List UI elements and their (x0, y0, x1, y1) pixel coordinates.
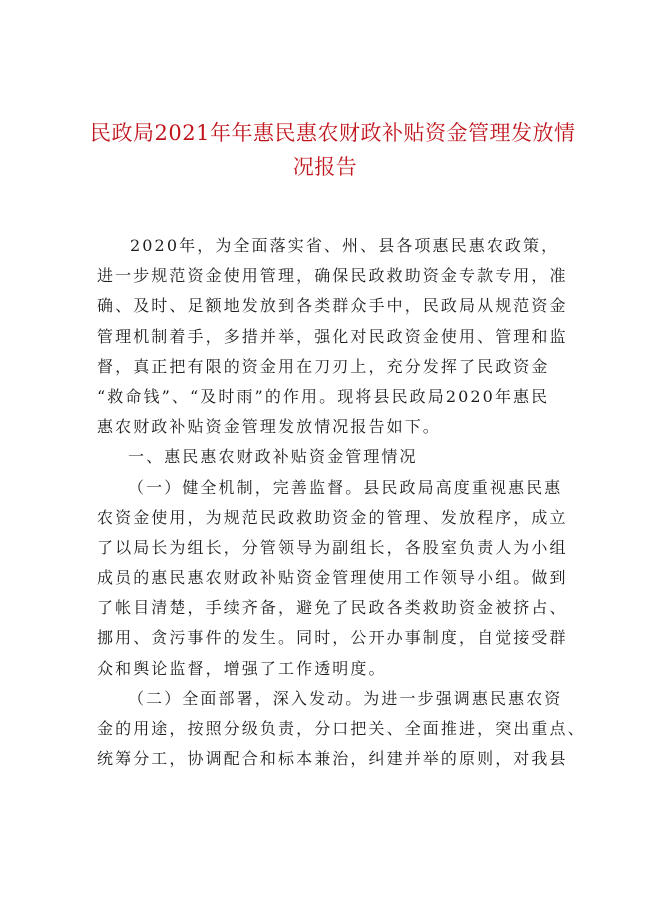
title-line-2: 况报告 (90, 150, 560, 184)
document-body: 2020年，为全面落实省、州、县各项惠民惠农政策， 进一步规范资金使用管理，确保… (97, 231, 555, 774)
text-line: 金的用途，按照分级负责，分口把关、全面推进，突出重点、 (97, 714, 555, 744)
text-line: 挪用、贪污事件的发生。同时，公开办事制度，自觉接受群 (97, 623, 555, 653)
section-1-heading: 一、惠民惠农财政补贴资金管理情况 (97, 442, 555, 472)
paragraph-subsection-2: （二）全面部署，深入发动。为进一步强调惠民惠农资 金的用途，按照分级负责，分口把… (97, 684, 555, 775)
paragraph-intro: 2020年，为全面落实省、州、县各项惠民惠农政策， 进一步规范资金使用管理，确保… (97, 231, 555, 442)
paragraph-subsection-1: （一）健全机制，完善监督。县民政局高度重视惠民惠 农资金使用，为规范民政救助资金… (97, 473, 555, 684)
text-line: 惠农财政补贴资金管理发放情况报告如下。 (97, 412, 555, 442)
text-line: （一）健全机制，完善监督。县民政局高度重视惠民惠 (97, 473, 555, 503)
document-page: 民政局2021年年惠民惠农财政补贴资金管理发放情 况报告 2020年，为全面落实… (0, 0, 650, 920)
text-line: 统筹分工，协调配合和标本兼治，纠建并举的原则，对我县 (97, 744, 555, 774)
text-line: 确、及时、足额地发放到各类群众手中，民政局从规范资金 (97, 291, 555, 321)
text-line: 农资金使用，为规范民政救助资金的管理、发放程序，成立 (97, 503, 555, 533)
text-line: “救命钱”、“及时雨”的作用。现将县民政局2020年惠民 (97, 382, 555, 412)
text-line: 了帐目清楚，手续齐备，避免了民政各类救助资金被挤占、 (97, 593, 555, 623)
text-line: 成员的惠民惠农财政补贴资金管理使用工作领导小组。做到 (97, 563, 555, 593)
text-line: 管理机制着手，多措并举，强化对民政资金使用、管理和监 (97, 322, 555, 352)
text-line: （二）全面部署，深入发动。为进一步强调惠民惠农资 (97, 684, 555, 714)
text-line: 了以局长为组长，分管领导为副组长，各股室负责人为小组 (97, 533, 555, 563)
document-title: 民政局2021年年惠民惠农财政补贴资金管理发放情 况报告 (90, 116, 560, 184)
title-line-1: 民政局2021年年惠民惠农财政补贴资金管理发放情 (90, 116, 560, 150)
section-heading: 一、惠民惠农财政补贴资金管理情况 (97, 442, 555, 472)
text-line: 进一步规范资金使用管理，确保民政救助资金专款专用，准 (97, 261, 555, 291)
text-line: 2020年，为全面落实省、州、县各项惠民惠农政策， (97, 231, 555, 261)
text-line: 督，真正把有限的资金用在刀刃上，充分发挥了民政资金 (97, 352, 555, 382)
text-line: 众和舆论监督，增强了工作透明度。 (97, 654, 555, 684)
